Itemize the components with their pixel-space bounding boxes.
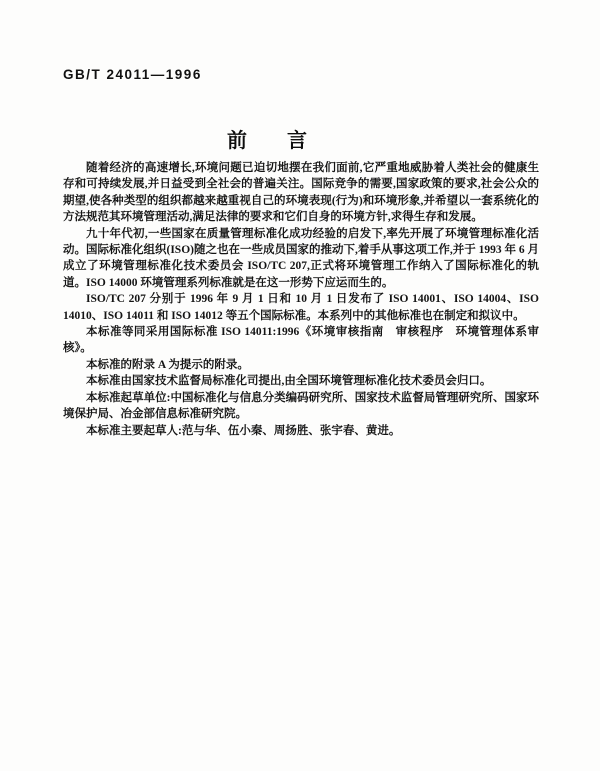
foreword-paragraph-3: ISO/TC 207 分别于 1996 年 9 月 1 日和 10 月 1 日发… [63,291,539,324]
foreword-title: 前 言 [30,124,504,153]
foreword-body: 随着经济的高速增长,环境问题已迫切地摆在我们面前,它严重地威胁着人类社会的健康生… [63,160,539,439]
foreword-paragraph-6: 本标准由国家技术监督局标准化司提出,由全国环境管理标准化技术委员会归口。 [63,373,539,389]
foreword-paragraph-5: 本标准的附录 A 为提示的附录。 [63,357,539,373]
document-page: GB/T 24011—1996 前 言 随着经济的高速增长,环境问题已迫切地摆在… [0,0,600,771]
foreword-paragraph-7: 本标准起草单位:中国标准化与信息分类编码研究所、国家技术监督局管理研究所、国家环… [63,390,539,423]
foreword-paragraph-8: 本标准主要起草人:范与华、伍小秦、周扬胜、张宇春、黄进。 [63,423,539,439]
foreword-paragraph-1: 随着经济的高速增长,环境问题已迫切地摆在我们面前,它严重地威胁着人类社会的健康生… [63,160,539,226]
foreword-paragraph-4: 本标准等同采用国际标准 ISO 14011:1996《环境审核指南 审核程序 环… [63,324,539,357]
foreword-paragraph-2: 九十年代初,一些国家在质量管理标准化成功经验的启发下,率先开展了环境管理标准化活… [63,226,539,292]
standard-number: GB/T 24011—1996 [63,67,202,82]
